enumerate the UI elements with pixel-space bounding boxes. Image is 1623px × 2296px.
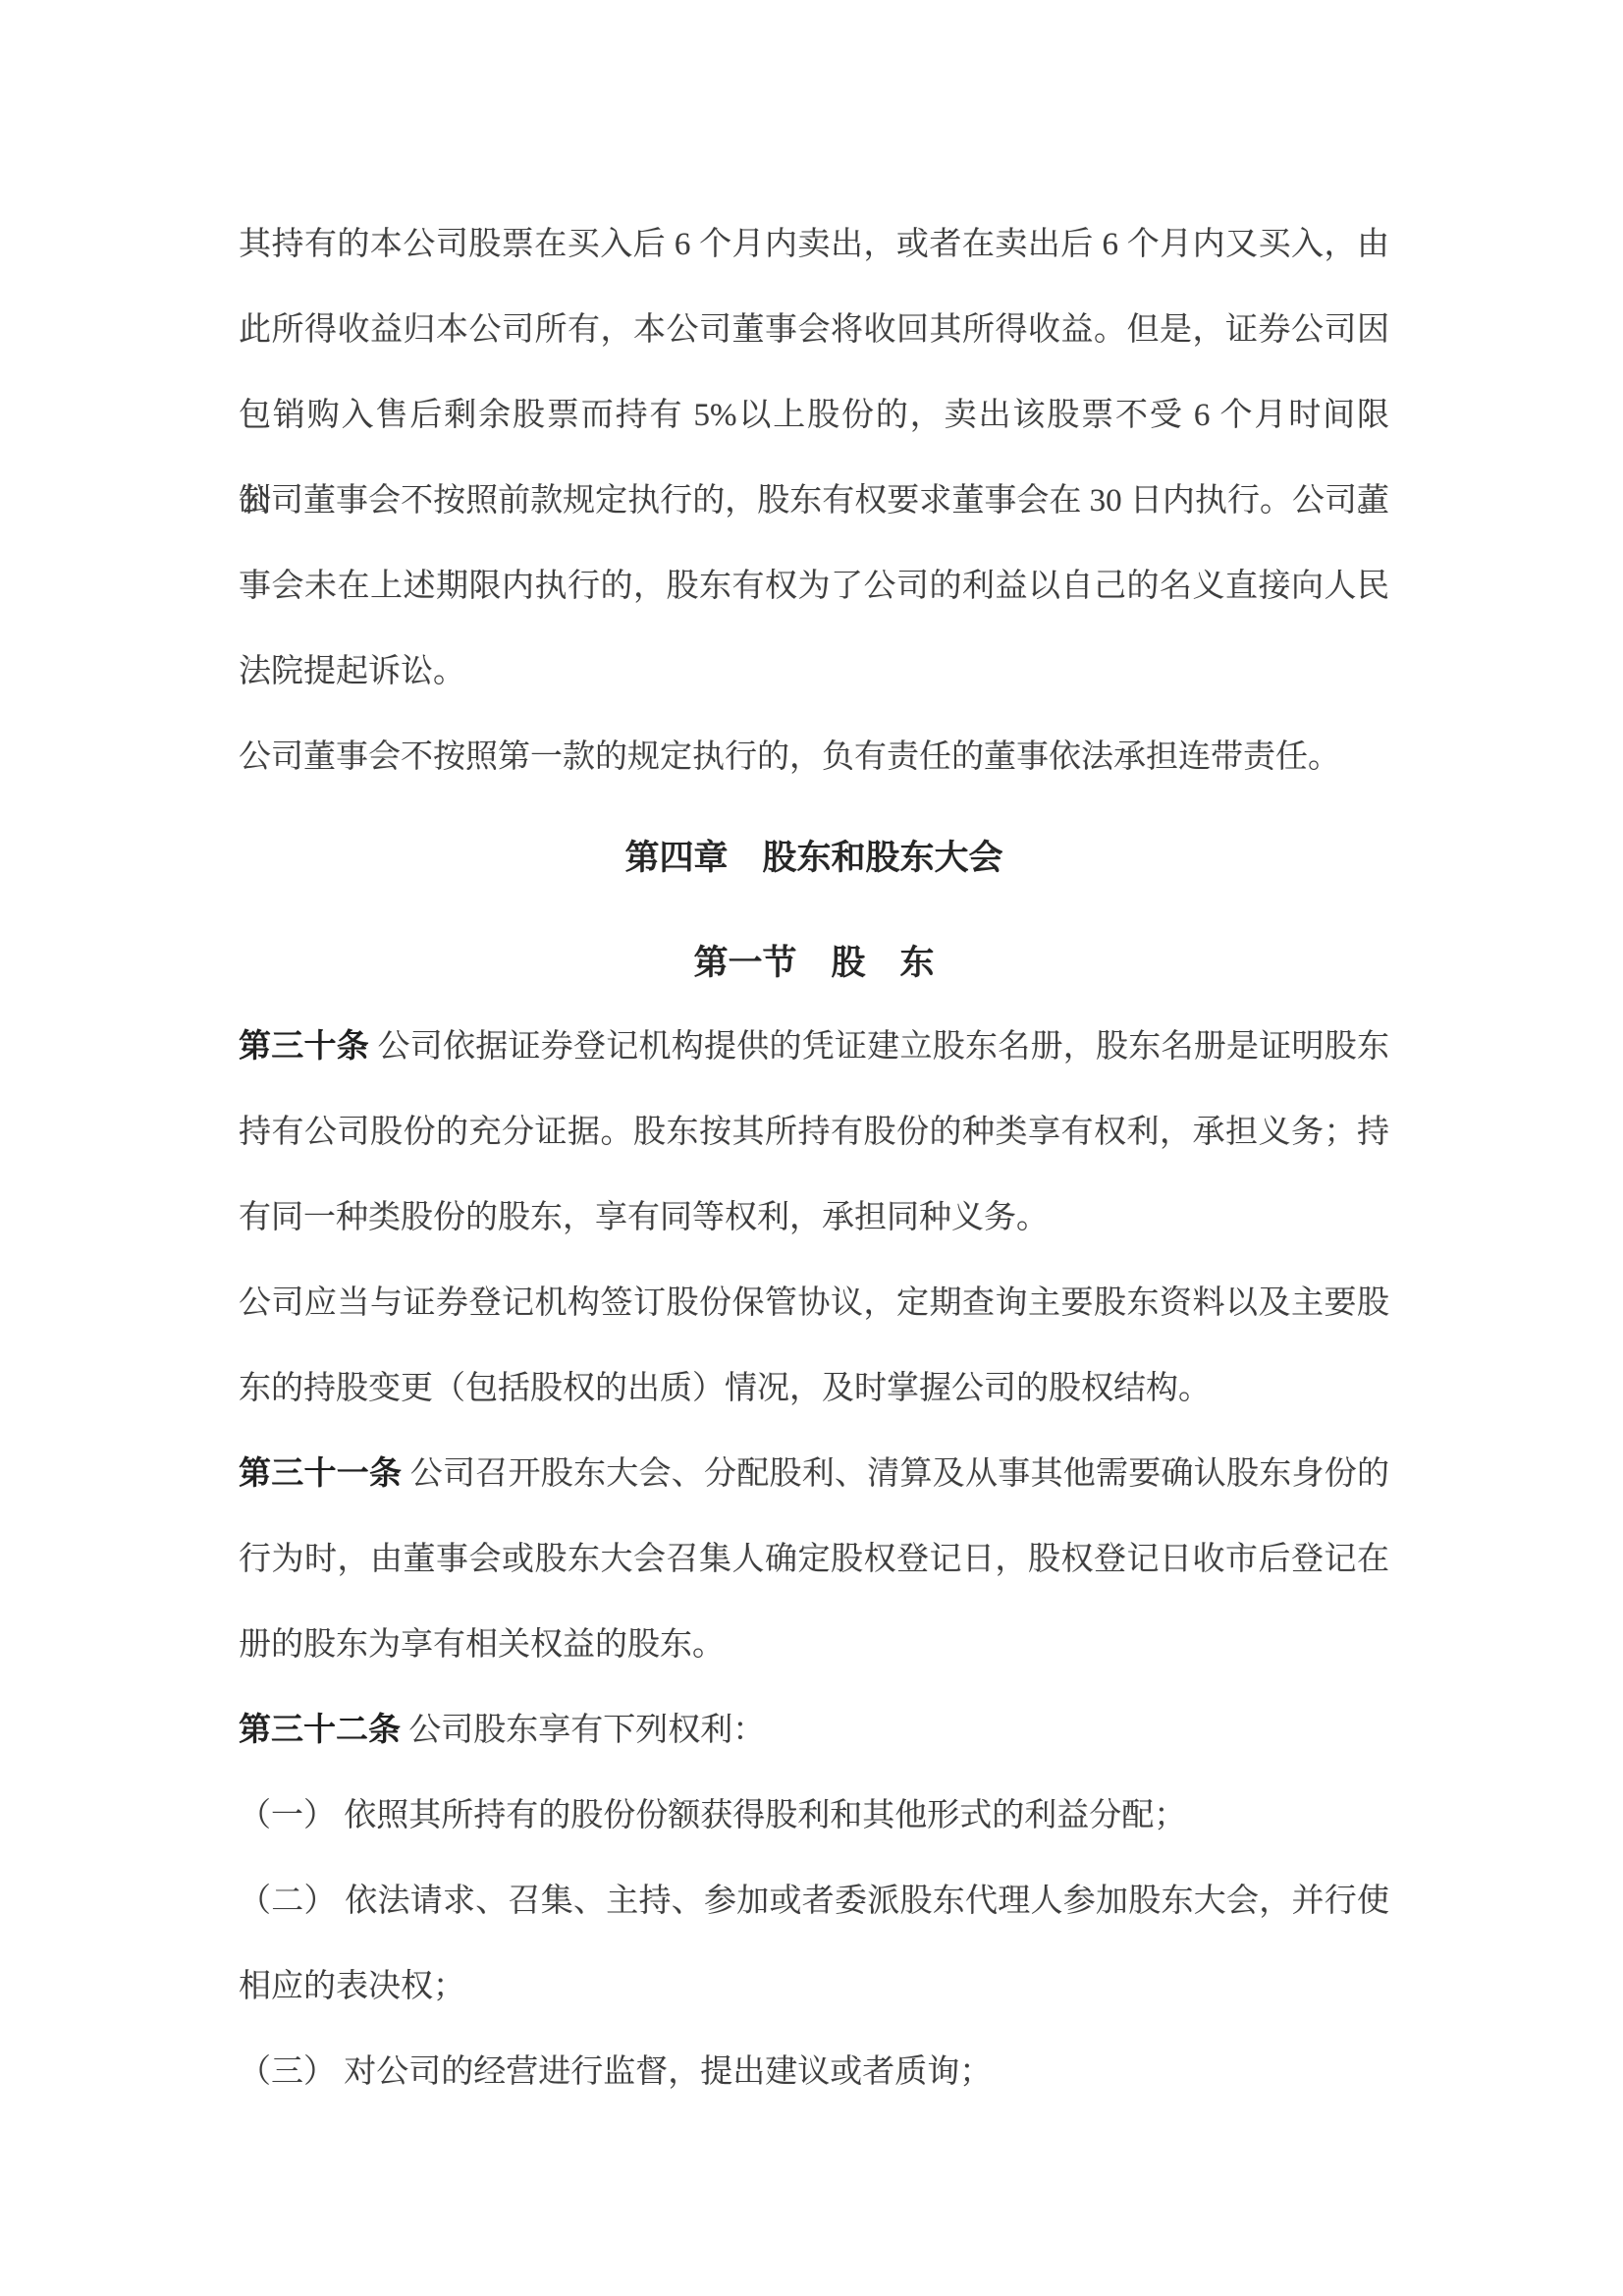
article-number: 第三十一条 bbox=[239, 1456, 402, 1492]
article-number: 第三十二条 bbox=[239, 1713, 401, 1748]
paragraph-text: 公司股东享有下列权利： bbox=[401, 1713, 765, 1748]
list-item-line: （三） 对公司的经营进行监督，提出建议或者质询； bbox=[239, 2030, 1389, 2115]
paragraph-line: 东的持股变更（包括股权的出质）情况，及时掌握公司的股权结构。 bbox=[239, 1346, 1389, 1432]
paragraph-line: 公司应当与证券登记机构签订股份保管协议，定期查询主要股东资料以及主要股 bbox=[239, 1261, 1389, 1346]
document-page: 其持有的本公司股票在买入后 6 个月内卖出，或者在卖出后 6 个月内又买入，由 … bbox=[0, 0, 1623, 2296]
list-item-line: （二） 依法请求、召集、主持、参加或者委派股东代理人参加股东大会，并行使 bbox=[239, 1859, 1389, 1944]
section-heading: 第一节 股 东 bbox=[239, 921, 1389, 1005]
paragraph-text: 公司召开股东大会、分配股利、清算及从事其他需要确认股东身份的 bbox=[402, 1456, 1389, 1492]
paragraph-line: 其持有的本公司股票在买入后 6 个月内卖出，或者在卖出后 6 个月内又买入，由 bbox=[239, 202, 1389, 288]
article-number: 第三十条 bbox=[239, 1029, 369, 1065]
paragraph-line: 法院提起诉讼。 bbox=[239, 629, 1389, 715]
paragraph-line: 此所得收益归本公司所有，本公司董事会将收回其所得收益。但是，证券公司因 bbox=[239, 288, 1389, 373]
list-item-line: 相应的表决权； bbox=[239, 1944, 1389, 2030]
paragraph-line: 有同一种类股份的股东，享有同等权利，承担同种义务。 bbox=[239, 1175, 1389, 1261]
document-text-block: 其持有的本公司股票在买入后 6 个月内卖出，或者在卖出后 6 个月内又买入，由 … bbox=[239, 202, 1389, 2115]
chapter-heading: 第四章 股东和股东大会 bbox=[239, 806, 1389, 910]
paragraph-line: 行为时，由董事会或股东大会召集人确定股权登记日，股权登记日收市后登记在 bbox=[239, 1517, 1389, 1603]
paragraph-line: 册的股东为享有相关权益的股东。 bbox=[239, 1603, 1389, 1688]
paragraph-line: 第三十条 公司依据证券登记机构提供的凭证建立股东名册，股东名册是证明股东 bbox=[239, 1005, 1389, 1090]
paragraph-line: 公司董事会不按照第一款的规定执行的，负有责任的董事依法承担连带责任。 bbox=[239, 715, 1389, 800]
paragraph-line: 事会未在上述期限内执行的，股东有权为了公司的利益以自己的名义直接向人民 bbox=[239, 544, 1389, 629]
paragraph-line: 第三十二条 公司股东享有下列权利： bbox=[239, 1688, 1389, 1774]
paragraph-text: 公司依据证券登记机构提供的凭证建立股东名册，股东名册是证明股东 bbox=[369, 1029, 1389, 1065]
paragraph-line: 包销购入售后剩余股票而持有 5%以上股份的，卖出该股票不受 6 个月时间限制。 bbox=[239, 373, 1389, 459]
list-item-line: （一） 依照其所持有的股份份额获得股利和其他形式的利益分配； bbox=[239, 1774, 1389, 1859]
paragraph-line: 第三十一条 公司召开股东大会、分配股利、清算及从事其他需要确认股东身份的 bbox=[239, 1432, 1389, 1517]
paragraph-line: 公司董事会不按照前款规定执行的，股东有权要求董事会在 30 日内执行。公司董 bbox=[239, 459, 1389, 544]
paragraph-line: 持有公司股份的充分证据。股东按其所持有股份的种类享有权利，承担义务；持 bbox=[239, 1090, 1389, 1175]
